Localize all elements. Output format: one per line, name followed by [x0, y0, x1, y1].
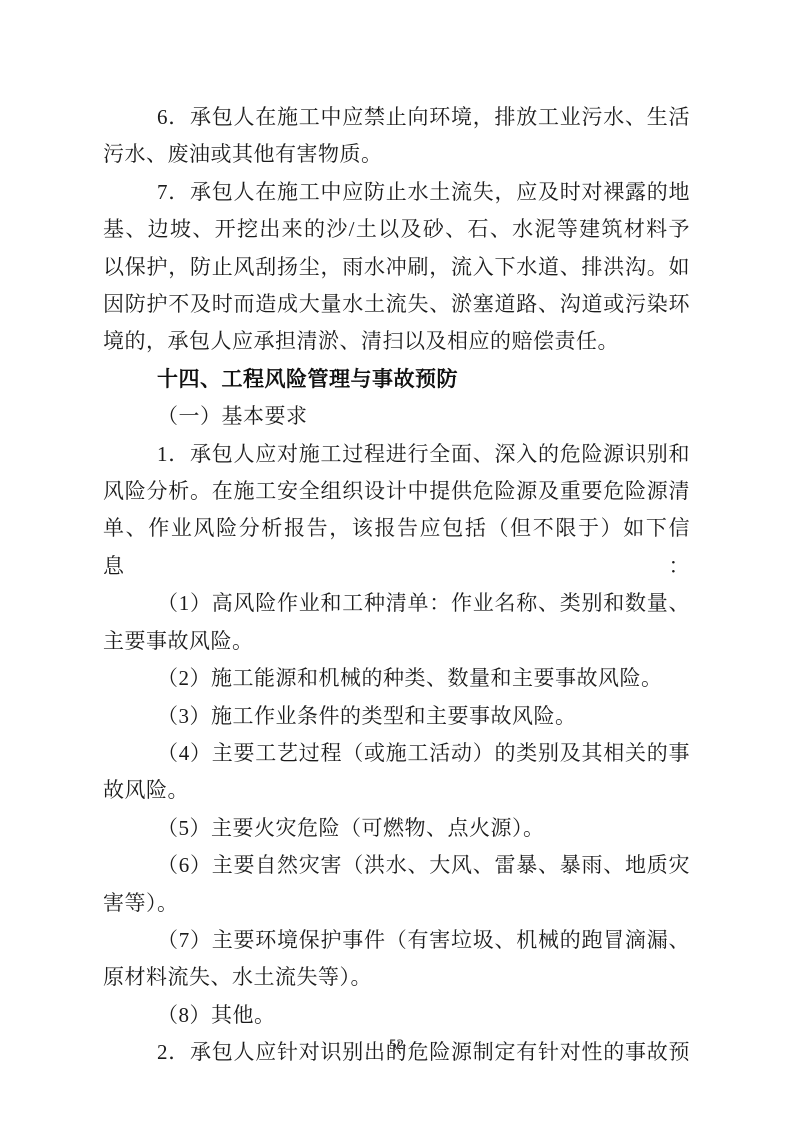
text-line: 污水、废油或其他有害物质。 [103, 136, 690, 173]
text-line: 7．承包人在施工中应防止水土流失，应及时对裸露的地 [103, 174, 690, 211]
list-item-line: 故风险。 [103, 772, 690, 809]
text-line: 基、边坡、开挖出来的沙/土以及砂、石、水泥等建筑材料予 [103, 211, 690, 248]
list-item-line: 原材料流失、水土流失等）。 [103, 959, 690, 996]
page-number: 52 [389, 1037, 404, 1053]
subsection-heading: （一）基本要求 [103, 398, 690, 435]
text-line: 风险分析。在施工安全组织设计中提供危险源及重要危险源清 [103, 473, 690, 510]
list-item-line: （4）主要工艺过程（或施工活动）的类别及其相关的事 [103, 735, 690, 772]
text-line: 6．承包人在施工中应禁止向环境，排放工业污水、生活 [103, 99, 690, 136]
list-item-line: （5）主要火灾危险（可燃物、点火源）。 [103, 810, 690, 847]
list-item-line: （8）其他。 [103, 997, 690, 1034]
text-line: 以保护，防止风刮扬尘，雨水冲刷，流入下水道、排洪沟。如 [103, 249, 690, 286]
list-item-line: （2）施工能源和机械的种类、数量和主要事故风险。 [103, 660, 690, 697]
list-item-line: （6）主要自然灾害（洪水、大风、雷暴、暴雨、地质灾 [103, 847, 690, 884]
list-item-line: （7）主要环境保护事件（有害垃圾、机械的跑冒滴漏、 [103, 922, 690, 959]
list-item-line: 主要事故风险。 [103, 623, 690, 660]
document-text-block: 6．承包人在施工中应禁止向环境，排放工业污水、生活 污水、废油或其他有害物质。 … [103, 99, 690, 1072]
text-line: 1．承包人应对施工过程进行全面、深入的危险源识别和 [103, 436, 690, 473]
section-heading: 十四、工程风险管理与事故预防 [103, 361, 690, 398]
list-item-line: （1）高风险作业和工种清单：作业名称、类别和数量、 [103, 585, 690, 622]
text-line: 因防护不及时而造成大量水土流失、淤塞道路、沟道或污染环 [103, 286, 690, 323]
list-item-line: 害等）。 [103, 885, 690, 922]
page-footer: 52 [0, 1036, 793, 1054]
document-page: 6．承包人在施工中应禁止向环境，排放工业污水、生活 污水、废油或其他有害物质。 … [0, 0, 793, 1122]
list-item-line: （3）施工作业条件的类型和主要事故风险。 [103, 698, 690, 735]
text-line: 境的，承包人应承担清淤、清扫以及相应的赔偿责任。 [103, 323, 690, 360]
text-line: 单、作业风险分析报告，该报告应包括（但不限于）如下信息： [103, 510, 690, 585]
